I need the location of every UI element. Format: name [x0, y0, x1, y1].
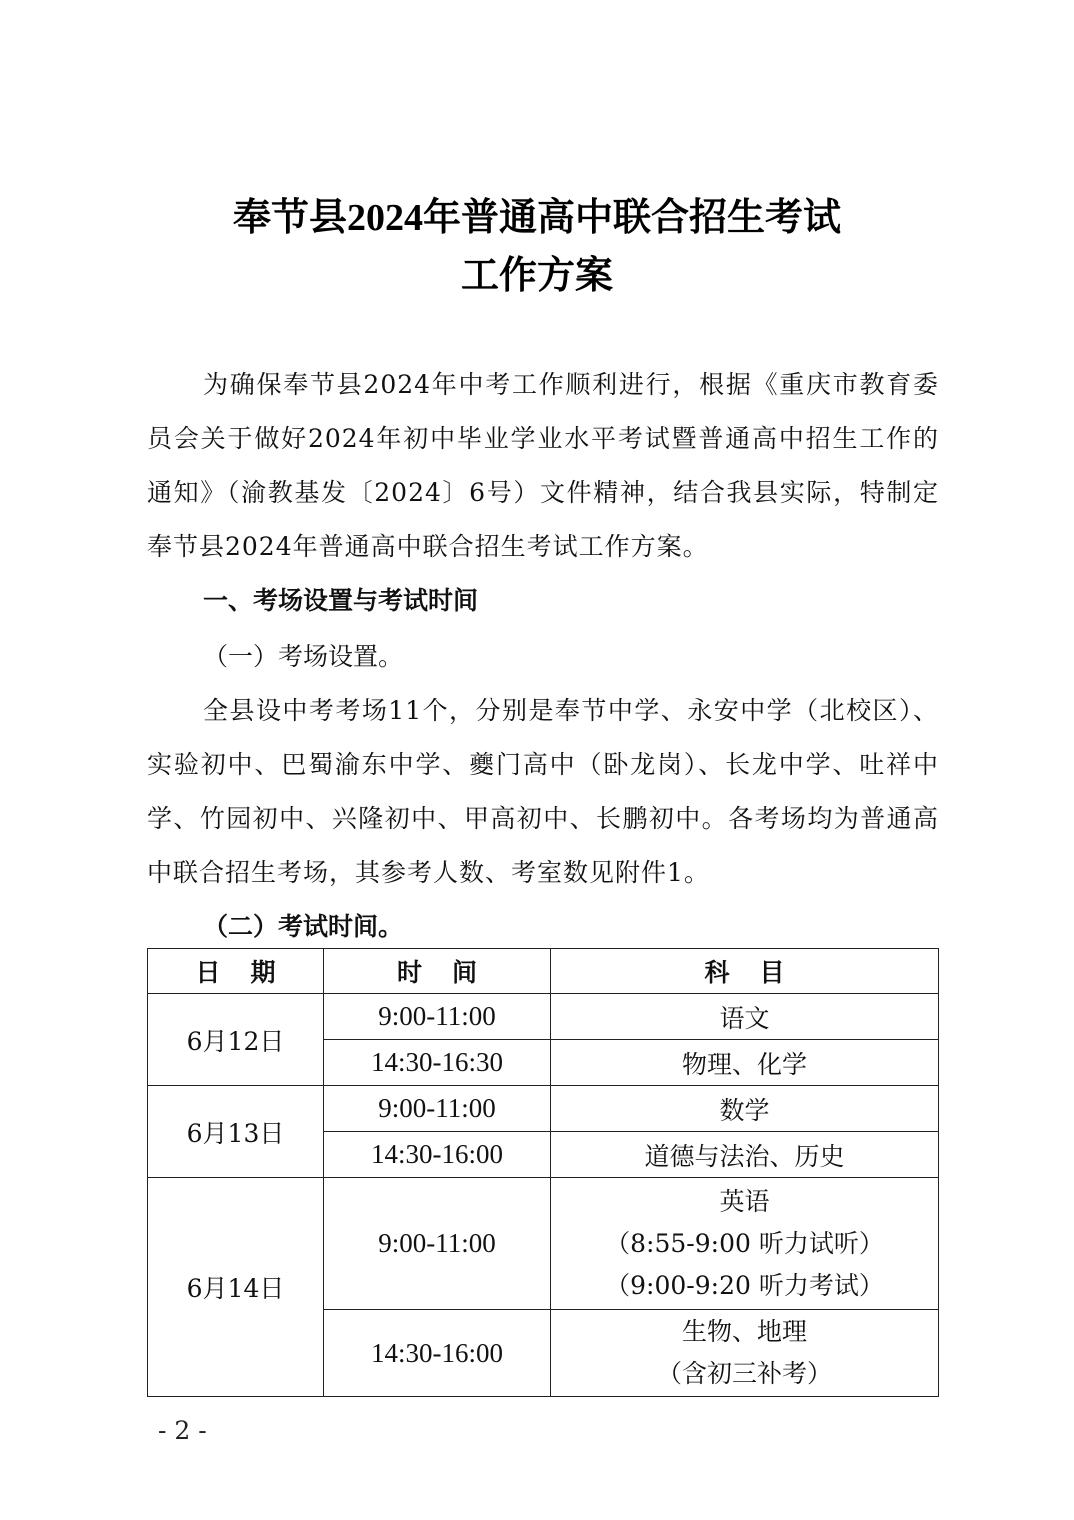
subject-line: 生物、地理	[551, 1311, 938, 1353]
venues-paragraph: 全县设中考考场11个，分别是奉节中学、永安中学（北校区）、实验初中、巴蜀渝东中学…	[147, 684, 939, 900]
header-time: 时间	[324, 949, 551, 994]
table-row: 6月13日 9:00-11:00 数学	[148, 1086, 939, 1132]
subsection-heading-exam-time: （二）考试时间。	[203, 904, 403, 950]
table-row: 6月14日 9:00-11:00 英语 （8:55-9:00 听力试听） （9:…	[148, 1178, 939, 1310]
subject-cell: 生物、地理 （含初三补考）	[551, 1310, 939, 1397]
date-cell: 6月13日	[148, 1086, 324, 1178]
header-date: 日期	[148, 949, 324, 994]
subject-note: （9:00-9:20 听力考试）	[551, 1265, 938, 1307]
subject-cell: 物理、化学	[551, 1040, 939, 1086]
time-cell: 9:00-11:00	[324, 1086, 551, 1132]
section-heading-1: 一、考场设置与考试时间	[203, 578, 478, 624]
intro-paragraph: 为确保奉节县2024年中考工作顺利进行，根据《重庆市教育委员会关于做好2024年…	[147, 358, 939, 574]
document-title-line2: 工作方案	[0, 248, 1074, 304]
page-number: - 2 -	[158, 1416, 207, 1445]
time-cell: 14:30-16:00	[324, 1310, 551, 1397]
table-row: 6月12日 9:00-11:00 语文	[148, 994, 939, 1040]
document-title-line1: 奉节县2024年普通高中联合招生考试	[0, 190, 1074, 246]
subject-note: （8:55-9:00 听力试听）	[551, 1223, 938, 1265]
date-cell: 6月12日	[148, 994, 324, 1086]
subject-cell: 英语 （8:55-9:00 听力试听） （9:00-9:20 听力考试）	[551, 1178, 939, 1310]
header-subject: 科目	[551, 949, 939, 994]
time-cell: 9:00-11:00	[324, 994, 551, 1040]
table-header-row: 日期 时间 科目	[148, 949, 939, 994]
subject-note: （含初三补考）	[551, 1353, 938, 1395]
exam-schedule-table: 日期 时间 科目 6月12日 9:00-11:00 语文 14:30-16:30…	[147, 948, 939, 1397]
time-cell: 14:30-16:30	[324, 1040, 551, 1086]
subject-cell: 语文	[551, 994, 939, 1040]
date-cell: 6月14日	[148, 1178, 324, 1397]
subsection-heading-venues: （一）考场设置。	[203, 634, 403, 680]
subject-cell: 道德与法治、历史	[551, 1132, 939, 1178]
time-cell: 9:00-11:00	[324, 1178, 551, 1310]
subject-cell: 数学	[551, 1086, 939, 1132]
subject-line: 英语	[551, 1181, 938, 1223]
time-cell: 14:30-16:00	[324, 1132, 551, 1178]
